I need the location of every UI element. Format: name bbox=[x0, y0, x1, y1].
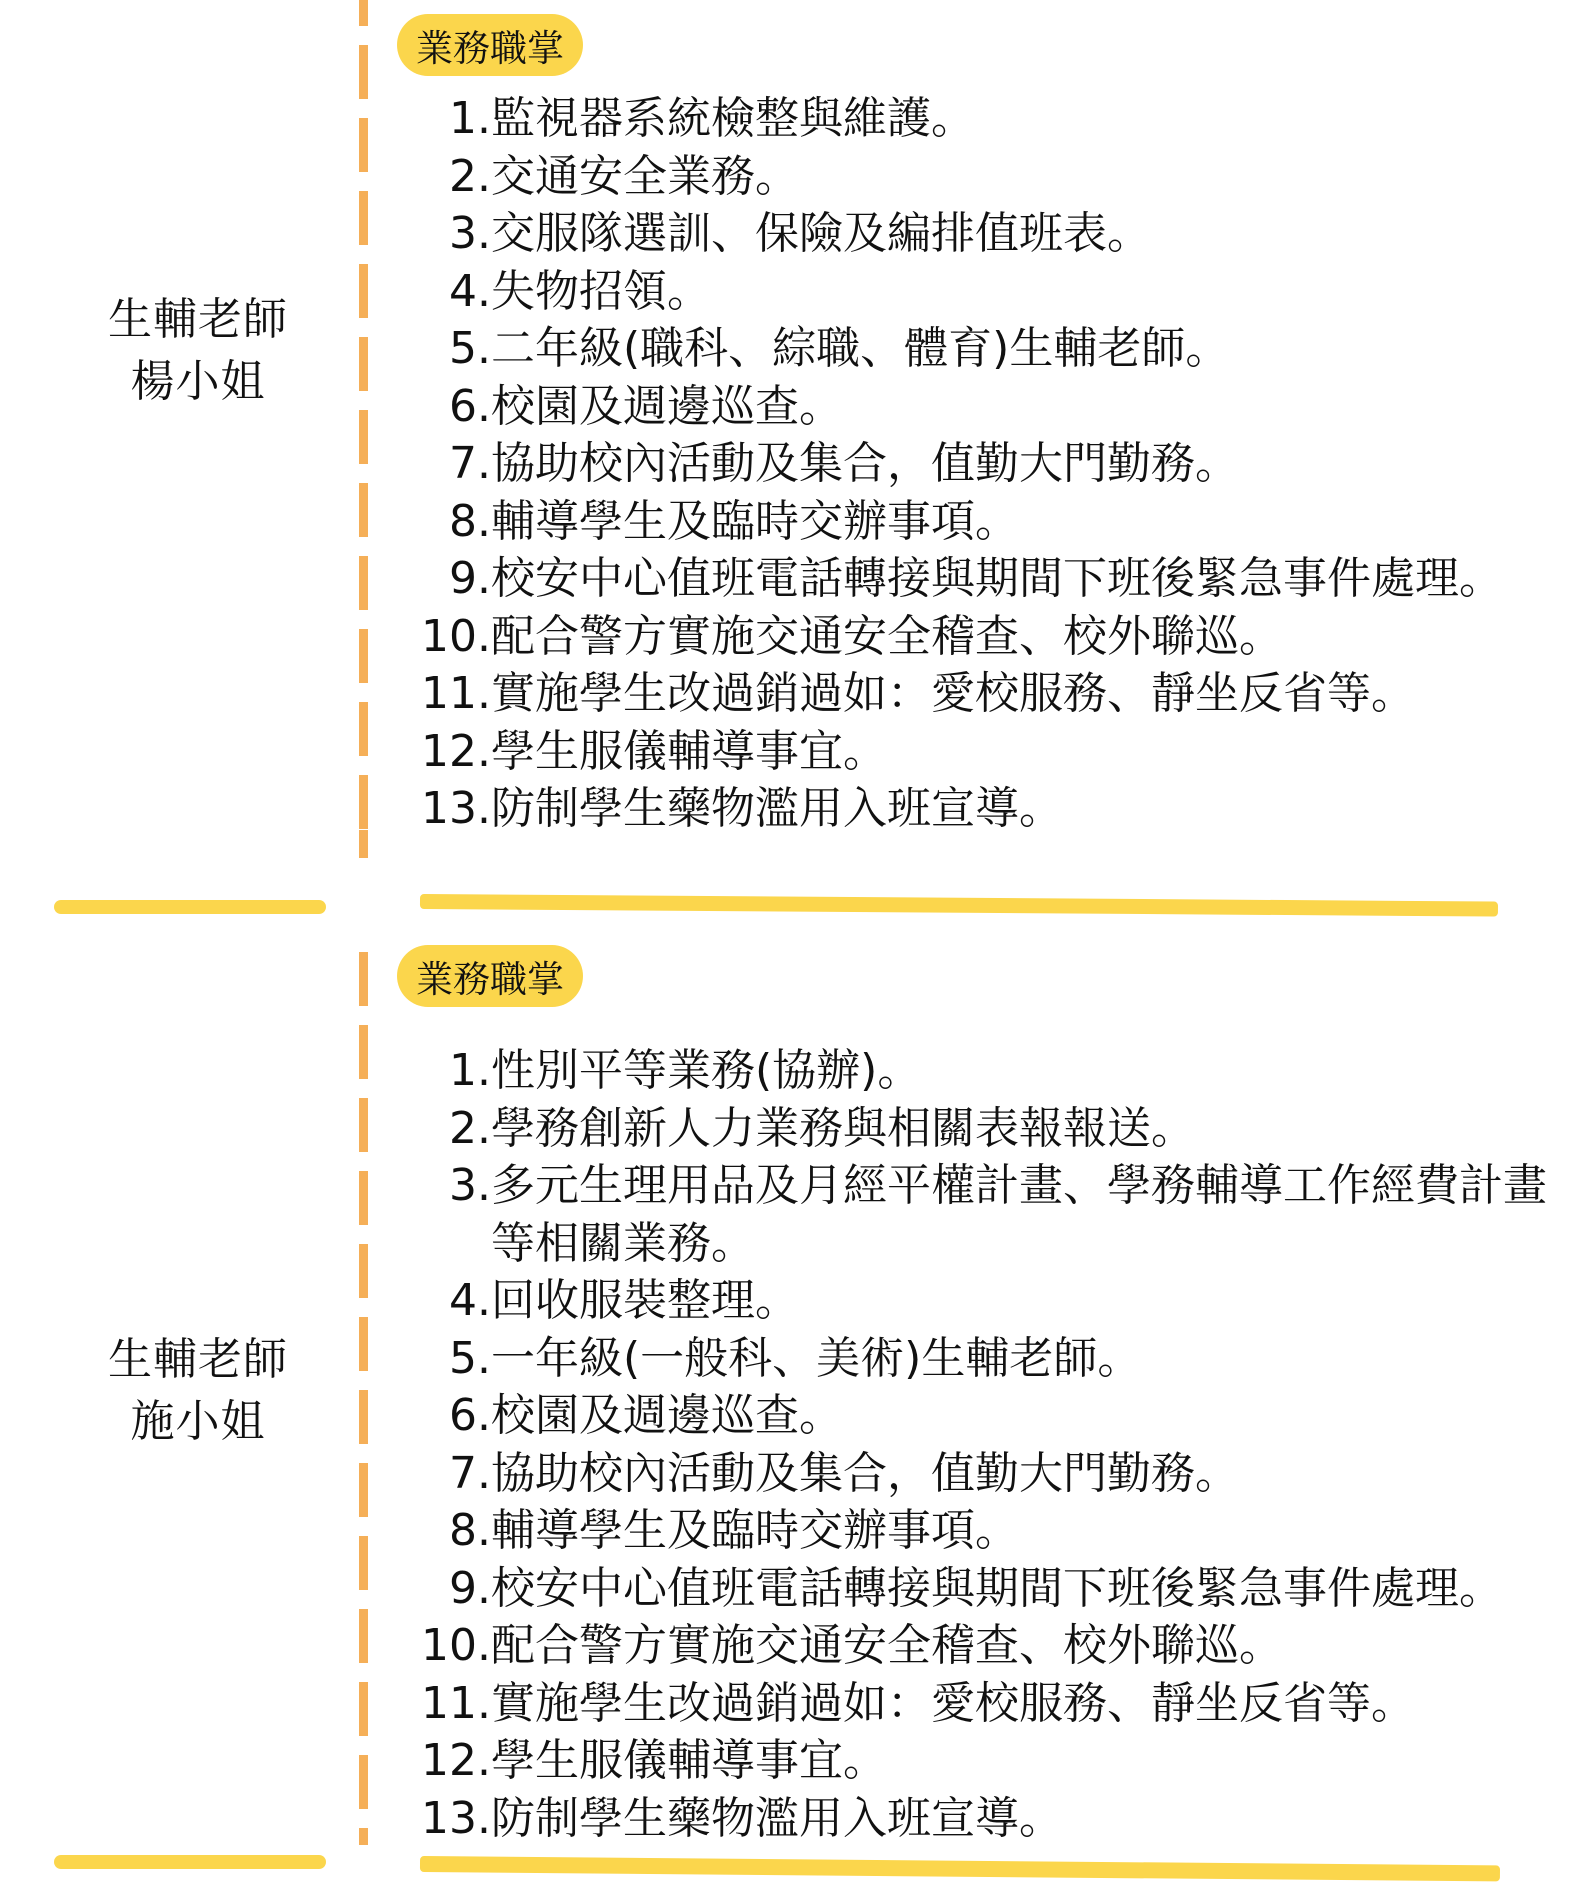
duty-text: 性別平等業務(協辦)。 bbox=[491, 1042, 921, 1100]
section-separator-line bbox=[420, 1856, 1500, 1881]
duty-text: 協助校內活動及集合，值勤大門勤務。 bbox=[491, 1445, 1239, 1503]
staff-name-label: 生輔老師 楊小姐 bbox=[28, 289, 368, 413]
duty-text: 校安中心值班電話轉接與期間下班後緊急事件處理。 bbox=[491, 550, 1503, 608]
duty-item: 12.學生服儀輔導事宜。 bbox=[415, 1732, 1575, 1790]
section-separator-line bbox=[54, 1855, 326, 1869]
duty-number: 12. bbox=[415, 1732, 491, 1790]
duty-item: 6.校園及週邊巡查。 bbox=[415, 1387, 1575, 1445]
duty-text: 實施學生改過銷過如：愛校服務、靜坐反省等。 bbox=[491, 665, 1415, 723]
duty-text: 交通安全業務。 bbox=[491, 148, 799, 206]
duty-item: 1.監視器系統檢整與維護。 bbox=[415, 90, 1575, 148]
duty-item: 13.防制學生藥物濫用入班宣導。 bbox=[415, 780, 1575, 838]
duty-number: 1. bbox=[415, 90, 491, 148]
duty-text: 輔導學生及臨時交辦事項。 bbox=[491, 1502, 1019, 1560]
duties-badge: 業務職掌 bbox=[397, 14, 583, 76]
duty-item: 8.輔導學生及臨時交辦事項。 bbox=[415, 1502, 1575, 1560]
duty-number: 11. bbox=[415, 1675, 491, 1733]
duty-text: 配合警方實施交通安全稽查、校外聯巡。 bbox=[491, 1617, 1283, 1675]
duty-item: 9.校安中心值班電話轉接與期間下班後緊急事件處理。 bbox=[415, 550, 1575, 608]
duty-table-page: 生輔老師 楊小姐 業務職掌 1.監視器系統檢整與維護。2.交通安全業務。3.交服… bbox=[0, 0, 1587, 1882]
duty-number: 10. bbox=[415, 608, 491, 666]
duty-text: 配合警方實施交通安全稽查、校外聯巡。 bbox=[491, 608, 1283, 666]
duty-number: 4. bbox=[415, 1272, 491, 1330]
duty-text: 交服隊選訓、保險及編排值班表。 bbox=[491, 205, 1151, 263]
duty-number: 13. bbox=[415, 1790, 491, 1848]
duty-number: 12. bbox=[415, 723, 491, 781]
section-separator-line bbox=[54, 900, 326, 914]
duty-item: 9.校安中心值班電話轉接與期間下班後緊急事件處理。 bbox=[415, 1560, 1575, 1618]
duty-text: 校園及週邊巡查。 bbox=[491, 1387, 843, 1445]
duty-number: 6. bbox=[415, 378, 491, 436]
duty-item: 8.輔導學生及臨時交辦事項。 bbox=[415, 493, 1575, 551]
duty-number: 7. bbox=[415, 435, 491, 493]
duty-item: 1.性別平等業務(協辦)。 bbox=[415, 1042, 1575, 1100]
duty-text: 協助校內活動及集合，值勤大門勤務。 bbox=[491, 435, 1239, 493]
duty-item: 4.回收服裝整理。 bbox=[415, 1272, 1575, 1330]
duty-text: 二年級(職科、綜職、體育)生輔老師。 bbox=[491, 320, 1229, 378]
duty-number: 6. bbox=[415, 1387, 491, 1445]
duty-item: 5.二年級(職科、綜職、體育)生輔老師。 bbox=[415, 320, 1575, 378]
duty-text: 校安中心值班電話轉接與期間下班後緊急事件處理。 bbox=[491, 1560, 1503, 1618]
duty-number: 2. bbox=[415, 148, 491, 206]
duty-item: 6.校園及週邊巡查。 bbox=[415, 378, 1575, 436]
duty-item: 11.實施學生改過銷過如：愛校服務、靜坐反省等。 bbox=[415, 1675, 1575, 1733]
staff-name-label: 生輔老師 施小姐 bbox=[28, 1329, 368, 1453]
duty-text: 失物招領。 bbox=[491, 263, 711, 321]
duty-number: 1. bbox=[415, 1042, 491, 1100]
duty-number: 2. bbox=[415, 1100, 491, 1158]
duty-item: 7.協助校內活動及集合，值勤大門勤務。 bbox=[415, 1445, 1575, 1503]
duty-item: 7.協助校內活動及集合，值勤大門勤務。 bbox=[415, 435, 1575, 493]
duty-text: 學務創新人力業務與相關表報報送。 bbox=[491, 1100, 1195, 1158]
duty-number: 8. bbox=[415, 1502, 491, 1560]
duty-number: 9. bbox=[415, 1560, 491, 1618]
duty-text: 多元生理用品及月經平權計畫、學務輔導工作經費計畫等相關業務。 bbox=[491, 1157, 1561, 1272]
staff-person: 施小姐 bbox=[28, 1391, 368, 1453]
duty-number: 13. bbox=[415, 780, 491, 838]
staff-title: 生輔老師 bbox=[28, 1329, 368, 1391]
duty-number: 4. bbox=[415, 263, 491, 321]
duty-item: 10.配合警方實施交通安全稽查、校外聯巡。 bbox=[415, 608, 1575, 666]
duty-text: 防制學生藥物濫用入班宣導。 bbox=[491, 780, 1063, 838]
duty-item: 13.防制學生藥物濫用入班宣導。 bbox=[415, 1790, 1575, 1848]
dashed-divider-line bbox=[359, 952, 368, 1845]
duty-number: 8. bbox=[415, 493, 491, 551]
section-separator-line bbox=[420, 894, 1498, 917]
duty-number: 3. bbox=[415, 205, 491, 263]
duty-item: 4.失物招領。 bbox=[415, 263, 1575, 321]
duty-number: 7. bbox=[415, 1445, 491, 1503]
duty-text: 校園及週邊巡查。 bbox=[491, 378, 843, 436]
duty-number: 11. bbox=[415, 665, 491, 723]
duty-text: 實施學生改過銷過如：愛校服務、靜坐反省等。 bbox=[491, 1675, 1415, 1733]
duty-item: 5.一年級(一般科、美術)生輔老師。 bbox=[415, 1330, 1575, 1388]
staff-title: 生輔老師 bbox=[28, 289, 368, 351]
duty-list: 1.性別平等業務(協辦)。2.學務創新人力業務與相關表報報送。3.多元生理用品及… bbox=[415, 1042, 1575, 1847]
duty-item: 3.交服隊選訓、保險及編排值班表。 bbox=[415, 205, 1575, 263]
duty-item: 12.學生服儀輔導事宜。 bbox=[415, 723, 1575, 781]
duty-number: 3. bbox=[415, 1157, 491, 1215]
duty-number: 5. bbox=[415, 320, 491, 378]
dashed-divider-line bbox=[359, 0, 368, 858]
duty-text: 輔導學生及臨時交辦事項。 bbox=[491, 493, 1019, 551]
duty-item: 3.多元生理用品及月經平權計畫、學務輔導工作經費計畫等相關業務。 bbox=[415, 1157, 1575, 1272]
duty-number: 5. bbox=[415, 1330, 491, 1388]
duty-item: 2.交通安全業務。 bbox=[415, 148, 1575, 206]
duties-badge: 業務職掌 bbox=[397, 945, 583, 1007]
duty-text: 一年級(一般科、美術)生輔老師。 bbox=[491, 1330, 1141, 1388]
duty-text: 監視器系統檢整與維護。 bbox=[491, 90, 975, 148]
staff-person: 楊小姐 bbox=[28, 351, 368, 413]
duty-number: 9. bbox=[415, 550, 491, 608]
duty-text: 學生服儀輔導事宜。 bbox=[491, 723, 887, 781]
duty-list: 1.監視器系統檢整與維護。2.交通安全業務。3.交服隊選訓、保險及編排值班表。4… bbox=[415, 90, 1575, 838]
duty-text: 回收服裝整理。 bbox=[491, 1272, 799, 1330]
duty-item: 11.實施學生改過銷過如：愛校服務、靜坐反省等。 bbox=[415, 665, 1575, 723]
duty-number: 10. bbox=[415, 1617, 491, 1675]
duty-item: 2.學務創新人力業務與相關表報報送。 bbox=[415, 1100, 1575, 1158]
duty-text: 防制學生藥物濫用入班宣導。 bbox=[491, 1790, 1063, 1848]
duty-item: 10.配合警方實施交通安全稽查、校外聯巡。 bbox=[415, 1617, 1575, 1675]
duty-text: 學生服儀輔導事宜。 bbox=[491, 1732, 887, 1790]
